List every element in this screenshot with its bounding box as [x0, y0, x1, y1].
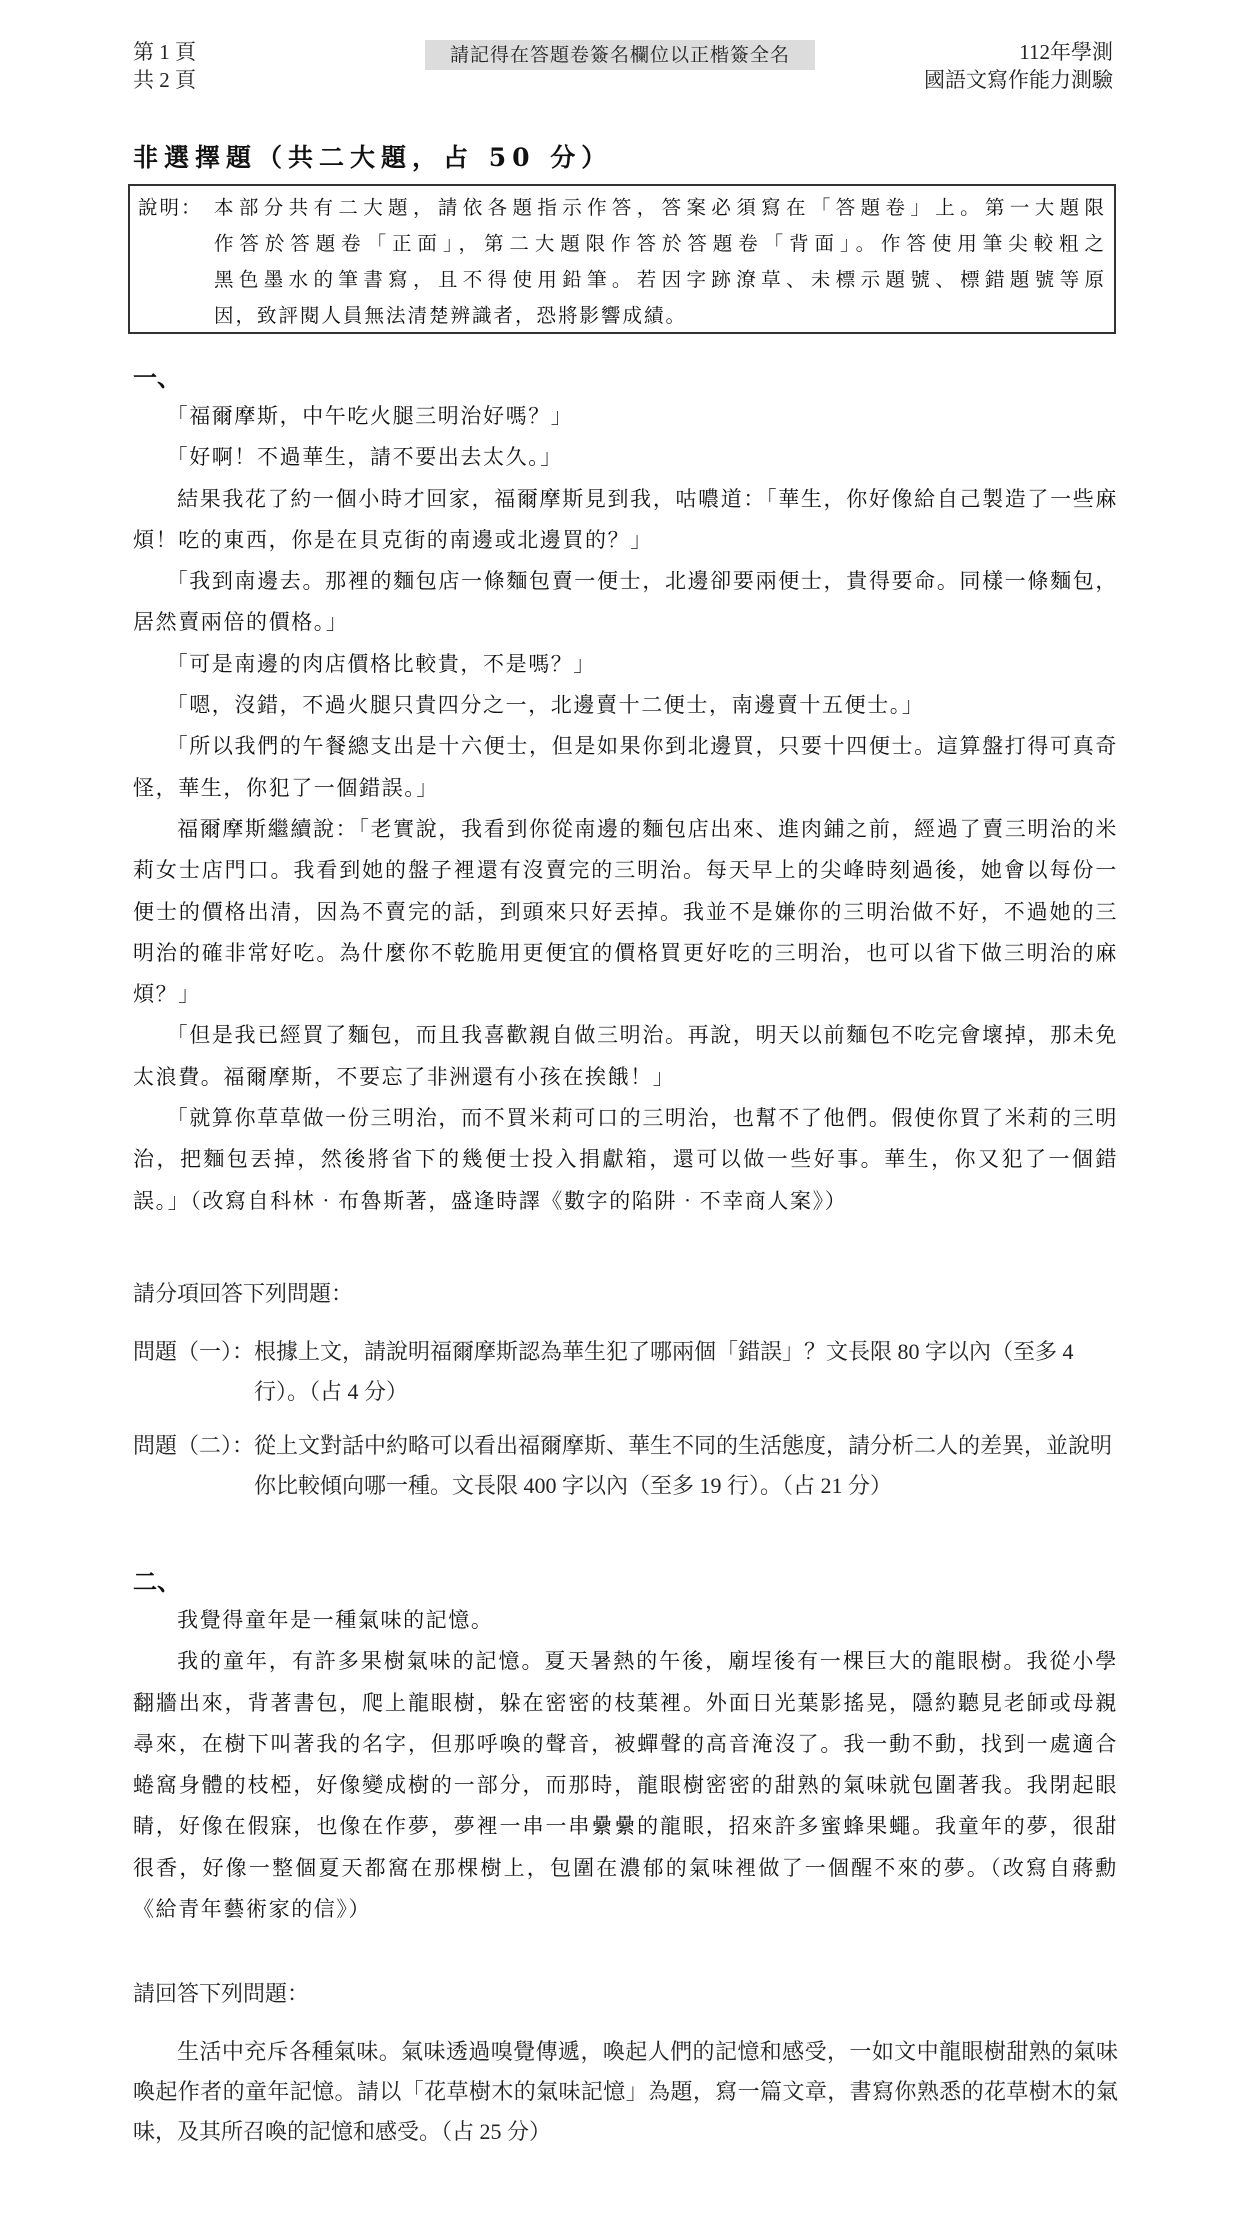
question-label: 問題（一）：: [133, 1332, 254, 1412]
questions-intro: 請回答下列問題：: [133, 1974, 1118, 2014]
passage-paragraph: 結果我花了約一個小時才回家，福爾摩斯見到我，咕噥道：「華生，你好像給自己製造了一…: [133, 479, 1118, 562]
passage-paragraph: 「我到南邊去。那裡的麵包店一條麵包賣一便士，北邊卻要兩便士，貴得要命。同樣一條麵…: [133, 561, 1118, 644]
instructions-line: 因，致評閱人員無法清楚辨識者，恐將影響成績。: [214, 298, 1106, 334]
page-current: 第 1 頁: [133, 38, 196, 66]
signature-reminder-banner: 請記得在答題卷簽名欄位以正楷簽全名: [425, 40, 815, 70]
question-item: 問題（一）： 根據上文，請說明福爾摩斯認為華生犯了哪兩個「錯誤」？文長限 80 …: [133, 1332, 1118, 1412]
page-total: 共 2 頁: [133, 66, 196, 94]
passage-paragraph: 「嗯，沒錯，不過火腿只貴四分之一，北邊賣十二便士，南邊賣十五便士。」: [133, 685, 1118, 726]
part-two-passage: 我覺得童年是一種氣味的記憶。 我的童年，有許多果樹氣味的記憶。夏天暑熱的午後，廟…: [133, 1600, 1118, 1930]
instructions-label: 說明：: [138, 190, 203, 226]
exam-year: 112年學測: [924, 38, 1113, 66]
passage-paragraph: 「所以我們的午餐總支出是十六便士，但是如果你到北邊買，只要十四便士。這算盤打得可…: [133, 726, 1118, 809]
instructions-box: 說明： 本部分共有二大題，請依各題指示作答，答案必須寫在「答題卷」上。第一大題限…: [128, 184, 1116, 334]
question-text: 根據上文，請說明福爾摩斯認為華生犯了哪兩個「錯誤」？文長限 80 字以內（至多 …: [254, 1332, 1118, 1412]
passage-paragraph: 我覺得童年是一種氣味的記憶。: [133, 1600, 1118, 1641]
part-two-heading: 二、: [133, 1562, 181, 1597]
part-one-questions: 請分項回答下列問題： 問題（一）： 根據上文，請說明福爾摩斯認為華生犯了哪兩個「…: [133, 1274, 1118, 1506]
passage-paragraph: 福爾摩斯繼續說：「老實說，我看到你從南邊的麵包店出來、進肉鋪之前，經過了賣三明治…: [133, 809, 1118, 1015]
writing-task: 生活中充斥各種氣味。氣味透過嗅覺傳遞，喚起人們的記憶和感受，一如文中龍眼樹甜熟的…: [133, 2032, 1118, 2152]
part-one-heading: 一、: [133, 358, 181, 393]
question-label: 問題（二）：: [133, 1426, 254, 1506]
page-number-block: 第 1 頁 共 2 頁: [133, 38, 196, 94]
passage-paragraph: 我的童年，有許多果樹氣味的記憶。夏天暑熱的午後，廟埕後有一棵巨大的龍眼樹。我從小…: [133, 1641, 1118, 1930]
passage-paragraph: 「好啊！不過華生，請不要出去太久。」: [133, 437, 1118, 478]
question-item: 問題（二）： 從上文對話中約略可以看出福爾摩斯、華生不同的生活態度，請分析二人的…: [133, 1426, 1118, 1506]
exam-title-block: 112年學測 國語文寫作能力測驗: [924, 38, 1113, 94]
exam-subject: 國語文寫作能力測驗: [924, 66, 1113, 94]
section-title: 非選擇題（共二大題，占 50 分）: [133, 138, 612, 174]
passage-paragraph: 「就算你草草做一份三明治，而不買米莉可口的三明治，也幫不了他們。假使你買了米莉的…: [133, 1098, 1118, 1222]
passage-paragraph: 「福爾摩斯，中午吃火腿三明治好嗎？」: [133, 396, 1118, 437]
question-text: 從上文對話中約略可以看出福爾摩斯、華生不同的生活態度，請分析二人的差異，並說明你…: [254, 1426, 1118, 1506]
passage-paragraph: 「可是南邊的肉店價格比較貴，不是嗎？」: [133, 644, 1118, 685]
instructions-line: 黑色墨水的筆書寫，且不得使用鉛筆。若因字跡潦草、未標示題號、標錯題號等原: [214, 262, 1106, 298]
instructions-text: 本部分共有二大題，請依各題指示作答，答案必須寫在「答題卷」上。第一大題限 作答於…: [214, 190, 1106, 334]
instructions-line: 本部分共有二大題，請依各題指示作答，答案必須寫在「答題卷」上。第一大題限: [214, 190, 1106, 226]
passage-paragraph: 「但是我已經買了麵包，而且我喜歡親自做三明治。再說，明天以前麵包不吃完會壞掉，那…: [133, 1015, 1118, 1098]
part-one-passage: 「福爾摩斯，中午吃火腿三明治好嗎？」 「好啊！不過華生，請不要出去太久。」 結果…: [133, 396, 1118, 1222]
questions-intro: 請分項回答下列問題：: [133, 1274, 1118, 1314]
part-two-questions: 請回答下列問題： 生活中充斥各種氣味。氣味透過嗅覺傳遞，喚起人們的記憶和感受，一…: [133, 1974, 1118, 2152]
instructions-line: 作答於答題卷「正面」，第二大題限作答於答題卷「背面」。作答使用筆尖較粗之: [214, 226, 1106, 262]
